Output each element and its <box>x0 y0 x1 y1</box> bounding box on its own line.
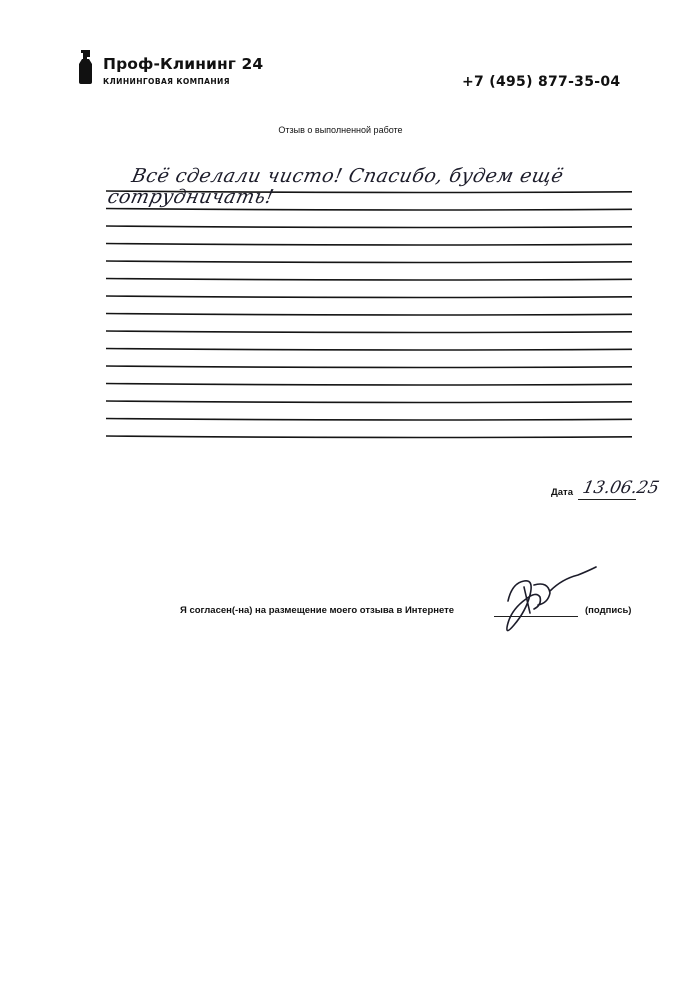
ruled-line <box>106 226 632 227</box>
date-value: 13.06.25 <box>581 478 661 498</box>
signature-hint: (подпись) <box>585 605 631 616</box>
ruled-lines <box>0 0 681 460</box>
ruled-line <box>106 261 632 262</box>
ruled-line <box>106 314 632 315</box>
date-label: Дата <box>551 487 573 498</box>
ruled-line <box>106 209 632 210</box>
signature-mark <box>490 565 600 640</box>
review-text-line-2: сотрудничать! <box>106 186 276 208</box>
ruled-line <box>106 436 632 437</box>
ruled-line <box>106 366 632 367</box>
ruled-line <box>106 384 632 385</box>
date-underline <box>578 499 636 500</box>
ruled-line <box>106 331 632 332</box>
consent-label: Я согласен(-на) на размещение моего отзы… <box>180 605 454 616</box>
ruled-line <box>106 244 632 245</box>
ruled-line <box>106 401 632 402</box>
ruled-line <box>106 419 632 420</box>
review-text-line-1: Всё сделали чисто! Спасибо, будем ещё <box>130 165 566 187</box>
ruled-line <box>106 296 632 297</box>
ruled-line <box>106 349 632 350</box>
ruled-line <box>106 279 632 280</box>
